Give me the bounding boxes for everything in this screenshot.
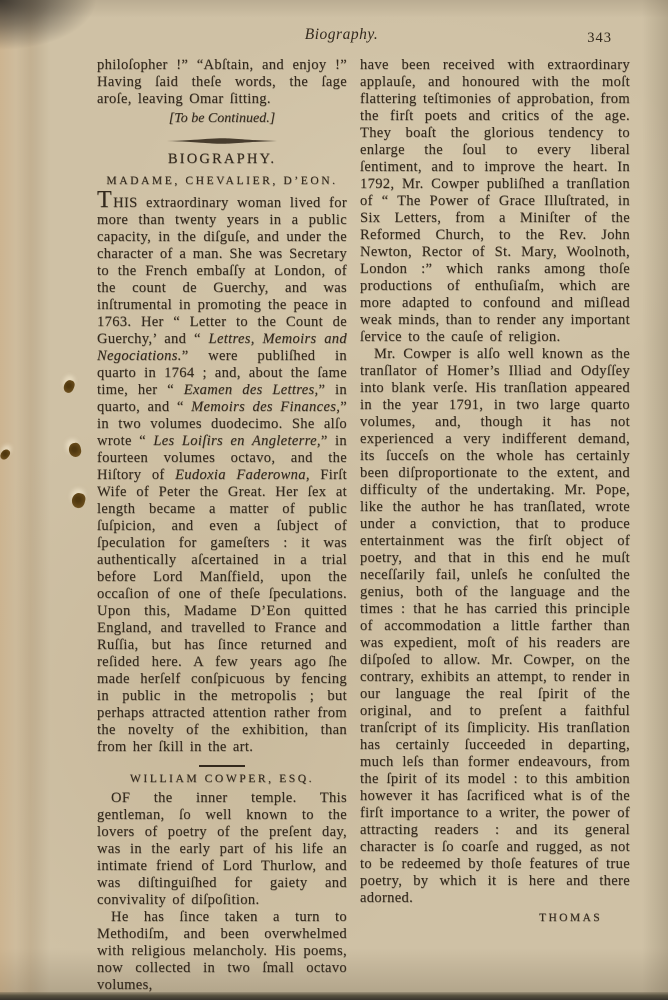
paragraph-omar-continuation: philoſopher !” “Abſtain, and enjoy !” Ha… (97, 57, 347, 108)
left-column: philoſopher !” “Abſtain, and enjoy !” Ha… (97, 57, 347, 994)
page-number: 343 (587, 30, 612, 47)
paragraph-cowper-homer: Mr. Cowper is alſo well known as the tra… (360, 346, 630, 907)
section-heading-biography: BIOGRAPHY. (97, 151, 347, 168)
scanned-book-page: Biography. 343 philoſopher !” “Abſtain, … (0, 0, 668, 1000)
initial-capital: T (97, 187, 113, 213)
ink-blot (70, 492, 86, 510)
paragraph-deon: THIS extraordinary woman lived for more … (97, 192, 347, 756)
article-heading-cowper: WILLIAM COWPER, ESQ. (97, 773, 347, 785)
article-divider-rule (199, 765, 245, 767)
ink-blot (0, 448, 12, 462)
text-block: philoſopher !” “Abſtain, and enjoy !” Ha… (97, 57, 630, 994)
ink-blot (62, 379, 76, 395)
to-be-continued-note: [To be Continued.] (97, 110, 347, 127)
ink-blot (68, 442, 83, 458)
article-heading-deon: MADAME, CHEVALIER, D’EON. (97, 175, 347, 187)
gutter-fold-shadow (16, 0, 50, 1000)
paragraph-cowper-methodism: He has ſince taken a turn to Methodiſm, … (97, 909, 347, 994)
paragraph-cowper-intro: OF the inner temple. This gentleman, ſo … (97, 790, 347, 909)
catchword: THOMAS (360, 912, 630, 924)
paragraph-deon-text: HIS extraordinary woman lived for more t… (97, 195, 347, 755)
paragraph-cowper-poems: have been received with extraordinary ap… (360, 57, 630, 346)
running-head: Biography. (75, 26, 608, 44)
right-column: have been received with extraordinary ap… (360, 57, 630, 994)
page-header: Biography. 343 (97, 26, 630, 46)
swelled-rule-divider (167, 137, 277, 145)
